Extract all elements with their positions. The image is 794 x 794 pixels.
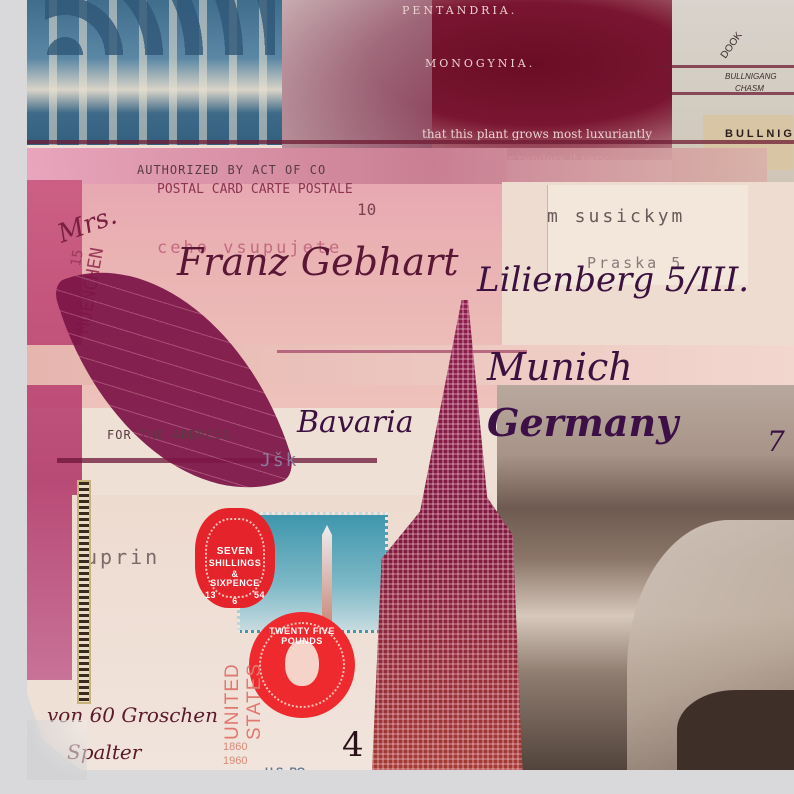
stamp-text: SHILLINGS [195, 558, 275, 568]
stamp-number: 54 [195, 590, 265, 600]
collage-sheet: PENTANDRIA. MONOGYNIA. that this plant g… [27, 0, 794, 770]
typed-line: m susickym [547, 206, 685, 227]
page-curl [27, 720, 87, 780]
divider-stripe [667, 92, 794, 95]
typed-line: Jšk [260, 450, 299, 471]
handwritten-region: Bavaria [297, 405, 414, 440]
divider-stripe [27, 140, 794, 144]
botanical-flower-illustration [282, 0, 432, 150]
handwritten-digit: 4 [342, 725, 364, 765]
botanical-text-line: that this plant grows most luxuriantly [422, 127, 652, 141]
us-postage-text: U.S. PO [265, 766, 305, 770]
handwritten-city: Munich [487, 345, 633, 389]
typed-line: uprin [85, 545, 160, 569]
postal-value: 10 [357, 200, 376, 219]
handwritten-mark: 7 [767, 425, 785, 458]
seven-shillings-stamp: SEVEN SHILLINGS & SIXPENCE 13 6 54 [195, 508, 275, 608]
united-states-text: UNITED STATES [222, 600, 252, 740]
authorized-text: AUTHORIZED BY ACT OF CO [137, 163, 326, 177]
arches-pattern [45, 0, 275, 55]
trees-foreground [677, 690, 794, 770]
botanical-order: MONOGYNIA. [425, 57, 535, 70]
stamp-text: SEVEN [195, 546, 275, 557]
divider-stripe [657, 65, 794, 68]
address-label-text: FOR THE ADDRESS. [107, 428, 239, 442]
botanical-class: PENTANDRIA. [402, 4, 517, 17]
map-label: BULLNIGANG [725, 72, 777, 81]
handwritten-country: Germany [487, 400, 678, 445]
map-label: BULLNIGA [725, 128, 794, 140]
handwritten-street: Lilienberg 5/III. [477, 260, 749, 300]
year-label: 1860 [223, 740, 247, 754]
handwritten-name: Franz Gebhart [177, 240, 459, 284]
stamp-text: SIXPENCE [195, 578, 275, 588]
obelisk-icon [322, 525, 332, 625]
stamp-text: TWENTY FIVE POUNDS [249, 626, 355, 646]
postal-card-title: POSTAL CARD CARTE POSTALE [157, 182, 353, 197]
queen-cameo-icon [285, 640, 319, 686]
stamp-years: 1860 1960 [223, 740, 247, 768]
postmark-year: 15 [68, 248, 87, 267]
decorative-trim [77, 480, 91, 704]
year-label: 1960 [223, 754, 247, 768]
